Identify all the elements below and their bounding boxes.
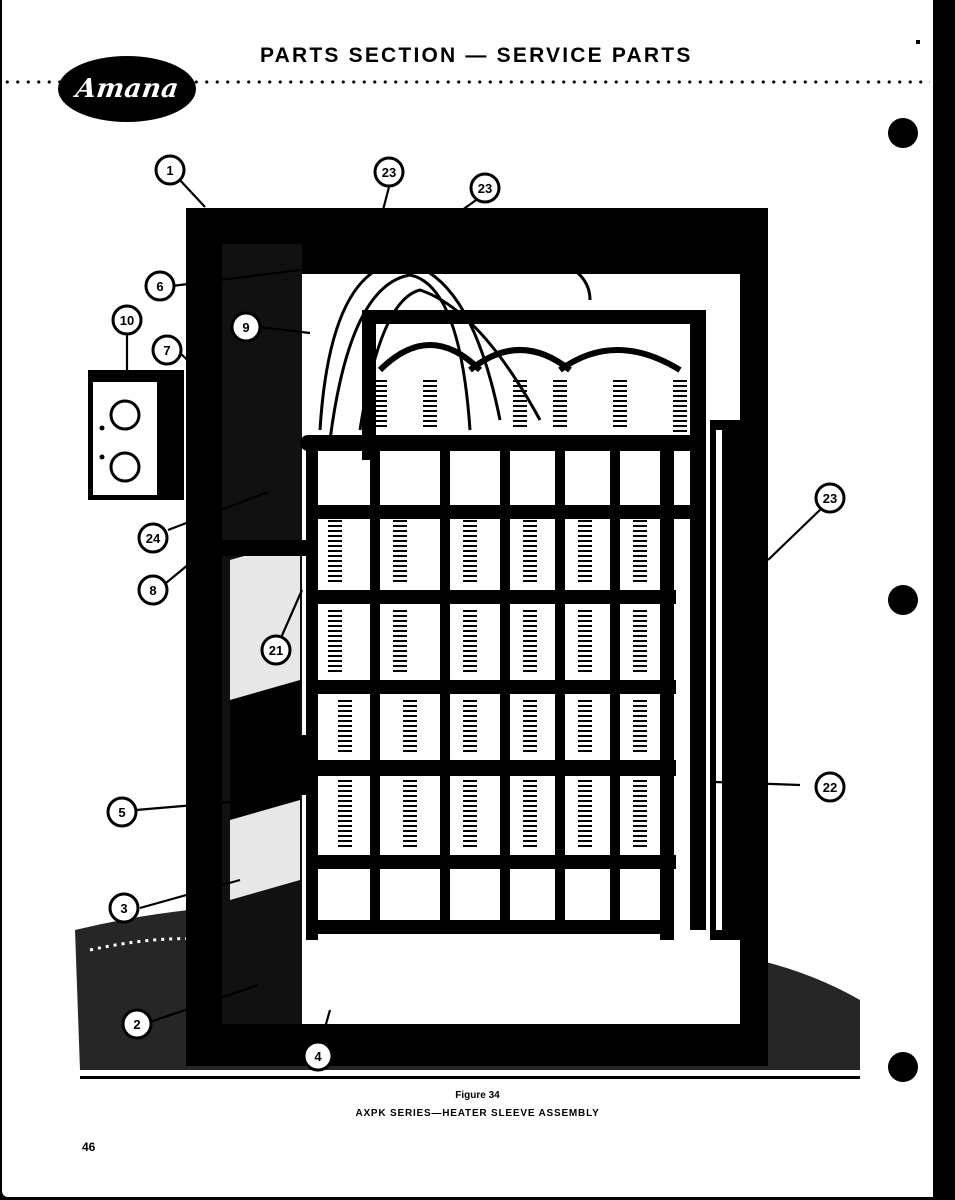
callout-10: 10 (113, 306, 141, 334)
svg-text:4: 4 (314, 1049, 322, 1064)
callout-4: 4 (304, 1042, 332, 1070)
svg-text:22: 22 (823, 780, 837, 795)
svg-text:23: 23 (478, 181, 492, 196)
svg-text:9: 9 (242, 320, 249, 335)
callout-24: 24 (139, 524, 167, 552)
callout-1: 1 (156, 156, 184, 184)
figure-caption: AXPK SERIES—HEATER SLEEVE ASSEMBLY (0, 1108, 955, 1119)
callout-23: 23 (816, 484, 844, 512)
svg-text:6: 6 (156, 279, 163, 294)
callout-2: 2 (123, 1010, 151, 1038)
callout-5: 5 (108, 798, 136, 826)
callout-8: 8 (139, 576, 167, 604)
figure-number: Figure 34 (0, 1090, 955, 1101)
callout-7: 7 (153, 336, 181, 364)
callout-6: 6 (146, 272, 174, 300)
svg-text:23: 23 (823, 491, 837, 506)
svg-text:10: 10 (120, 313, 134, 328)
svg-text:1: 1 (166, 163, 173, 178)
callout-22: 22 (816, 773, 844, 801)
figure-rule (80, 1076, 860, 1079)
callout-23: 23 (375, 158, 403, 186)
svg-text:8: 8 (149, 583, 156, 598)
page-number: 46 (82, 1140, 95, 1154)
callout-9: 9 (232, 313, 260, 341)
callout-3: 3 (110, 894, 138, 922)
svg-text:7: 7 (163, 343, 170, 358)
heater-assembly-figure: 12323691072482123522324 (0, 0, 955, 1080)
svg-text:21: 21 (269, 643, 283, 658)
svg-text:5: 5 (118, 805, 125, 820)
svg-text:3: 3 (120, 901, 127, 916)
svg-text:24: 24 (146, 531, 161, 546)
svg-text:23: 23 (382, 165, 396, 180)
svg-text:2: 2 (133, 1017, 140, 1032)
callout-23: 23 (471, 174, 499, 202)
callout-21: 21 (262, 636, 290, 664)
